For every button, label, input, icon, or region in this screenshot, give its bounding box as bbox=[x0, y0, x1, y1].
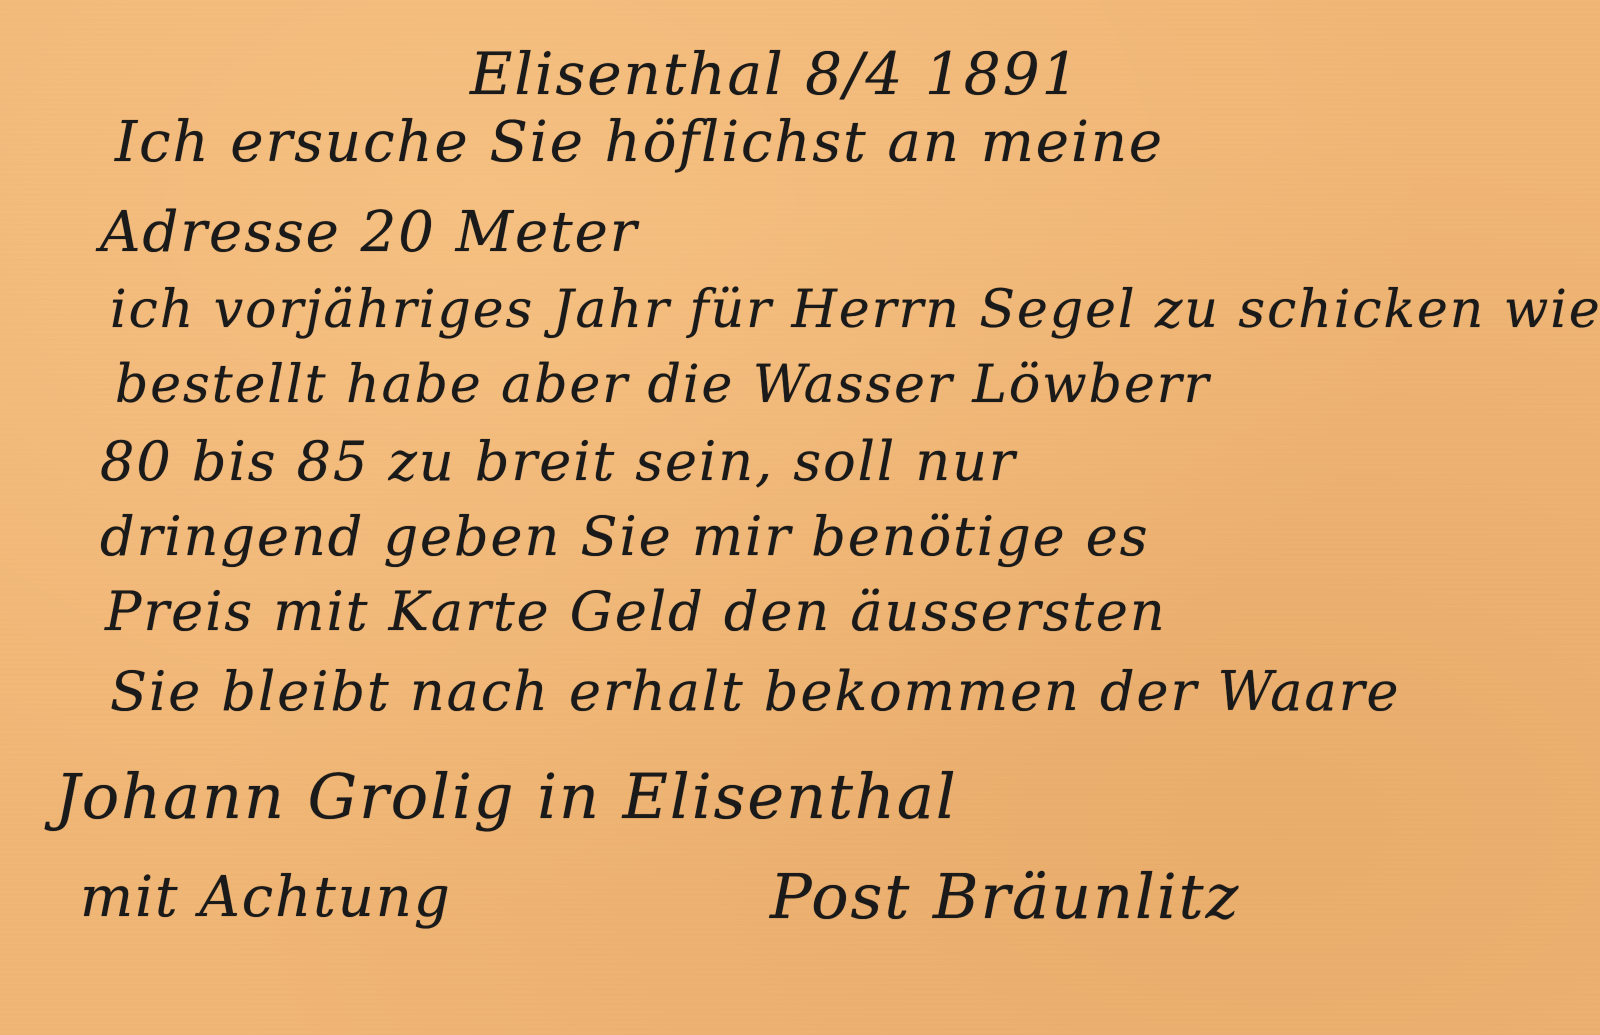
closing: mit Achtung bbox=[80, 865, 452, 930]
text-line-5: 80 bis 85 zu breit sein, soll nur bbox=[100, 430, 1017, 493]
postal-address: Post Bräunlitz bbox=[770, 860, 1240, 933]
dateline: Elisenthal 8/4 1891 bbox=[470, 40, 1081, 108]
signature-line: Johann Grolig in Elisenthal bbox=[55, 760, 958, 833]
text-line-1: Ich ersuche Sie höflichst an meine bbox=[115, 110, 1164, 175]
text-line-2: Adresse 20 Meter bbox=[100, 200, 639, 265]
postcard: Elisenthal 8/4 1891 Ich ersuche Sie höfl… bbox=[0, 0, 1600, 1035]
text-line-6: dringend geben Sie mir benötige es bbox=[100, 505, 1149, 568]
text-line-8: Sie bleibt nach erhalt bekommen der Waar… bbox=[110, 660, 1400, 723]
text-line-4: bestellt habe aber die Wasser Löwberr bbox=[115, 355, 1210, 415]
text-line-7: Preis mit Karte Geld den äussersten bbox=[105, 580, 1167, 643]
text-line-3: ich vorjähriges Jahr für Herrn Segel zu … bbox=[110, 280, 1600, 340]
